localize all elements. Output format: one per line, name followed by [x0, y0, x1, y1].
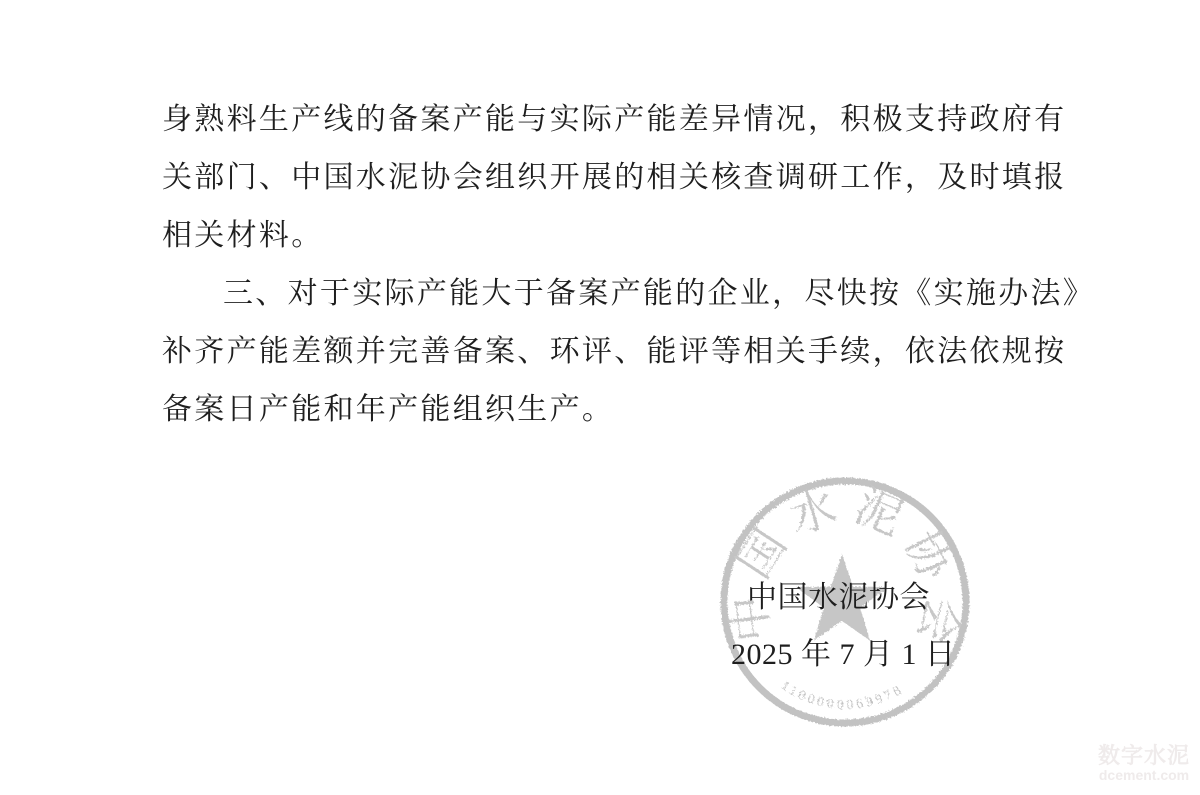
signature-date: 2025 年 7 月 1 日	[731, 629, 956, 673]
body-line: 关部门、中国水泥协会组织开展的相关核查调研工作，及时填报	[162, 149, 1092, 207]
document-body: 身熟料生产线的备案产能与实际产能差异情况，积极支持政府有 关部门、中国水泥协会组…	[162, 91, 1092, 439]
body-line: 身熟料生产线的备案产能与实际产能差异情况，积极支持政府有	[162, 91, 1092, 149]
body-line: 三、对于实际产能大于备案产能的企业，尽快按《实施办法》	[162, 265, 1092, 323]
signature-organization: 中国水泥协会	[747, 572, 930, 616]
scanned-document-page: 身熟料生产线的备案产能与实际产能差异情况，积极支持政府有 关部门、中国水泥协会组…	[0, 0, 1200, 795]
watermark: 数字水泥 dcement.com	[1098, 744, 1190, 784]
body-line: 相关材料。	[162, 207, 1092, 265]
watermark-title: 数字水泥	[1098, 744, 1190, 768]
body-line: 补齐产能差额并完善备案、环评、能评等相关手续，依法依规按	[162, 323, 1092, 381]
seal-serial-number: 1100000069978	[778, 677, 906, 712]
watermark-url: dcement.com	[1098, 768, 1190, 783]
body-line: 备案日产能和年产能组织生产。	[162, 381, 1092, 439]
